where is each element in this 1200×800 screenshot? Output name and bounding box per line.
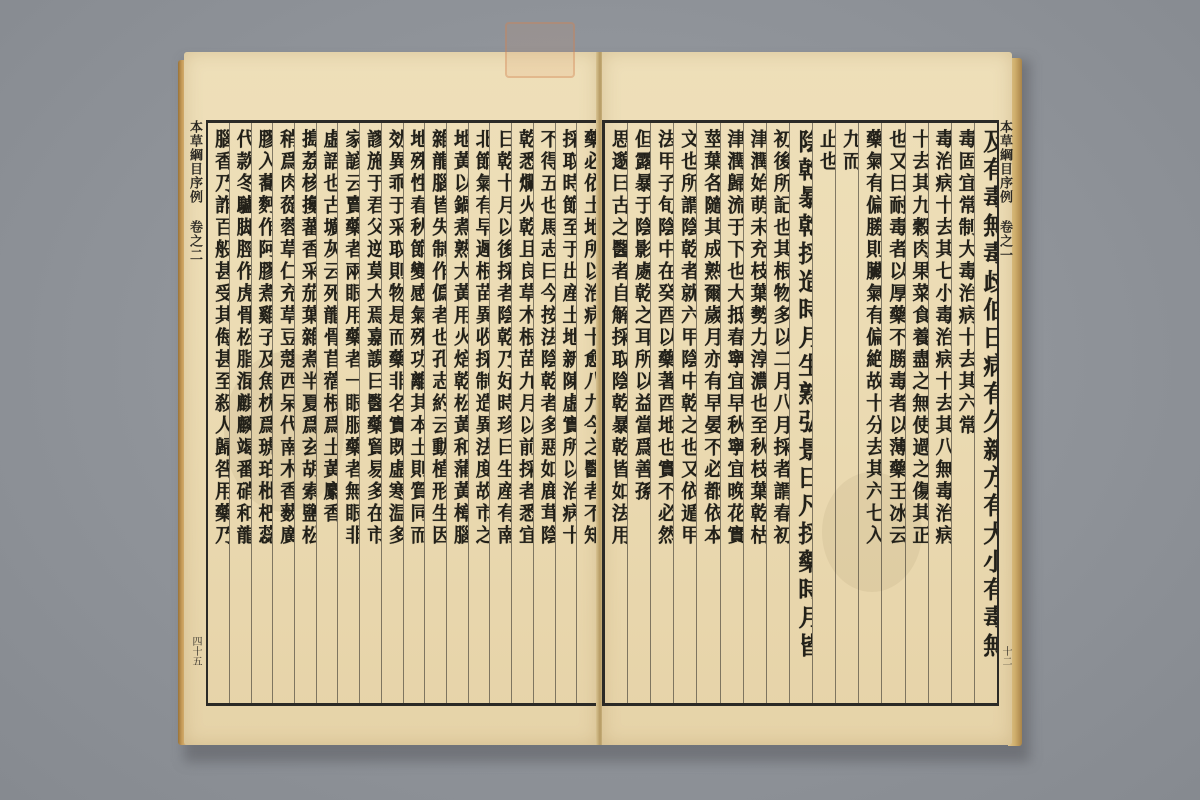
text-column: 家諺云賣藥者兩眼用藥者一眼服藥者無眼非: [337, 123, 359, 703]
left-text-frame: 藥必依土地所以治病十愈八九今之醫者不知 採取時節至于出産土地新陳虛實所以治病十 …: [206, 120, 600, 706]
text-column: 津潤始萌未充枝葉勢力淳濃也至秋枝葉乾枯: [743, 123, 766, 703]
text-column: 謬施于君父逆莫大焉嘉謨曰醫藥貿易多在市: [359, 123, 381, 703]
text-column: 法甲子旬陰中在癸酉以藥著酉地也實不必然: [650, 123, 673, 703]
text-column: 日乾十月以後採者陰乾乃好時珍曰生産有南: [489, 123, 511, 703]
text-column: 津潤歸流于下也大抵春寧宜早秋寧宜晚花實: [720, 123, 743, 703]
text-column: 莖葉各隨其成熟爾歲月亦有早晏不必都依本: [696, 123, 719, 703]
text-column: 十去其九穀肉果菜食養盡之無使過之傷其正: [905, 123, 928, 703]
fold-title: 本草綱目序例 卷之一: [996, 120, 1012, 262]
text-column-heading: 及有毒無毒歧伯曰病有久新方有大小有毒無: [974, 123, 997, 703]
right-text-frame: 及有毒無毒歧伯曰病有久新方有大小有毒無 毒固宜常制大毒治病十去其六常 毒治病十去…: [602, 120, 999, 706]
text-column: 腦香乃詐百般甚受其侮甚至殺人歸咎用藥乃: [208, 123, 229, 703]
text-column: 初後所記也其根物多以二月八月採者謂春初: [766, 123, 789, 703]
text-column: 不得五也馬志曰今按法陰乾者多惡如鹿茸陰: [533, 123, 555, 703]
text-column: 虛語也古壙灰云死龍骨苜蓿根爲土黃麝香: [316, 123, 338, 703]
text-column: 効異乖于采取則物是而藥非名實既虛寒温多: [381, 123, 403, 703]
right-columns: 及有毒無毒歧伯曰病有久新方有大小有毒無 毒固宜常制大毒治病十去其六常 毒治病十去…: [605, 123, 997, 703]
open-book: 藥必依土地所以治病十愈八九今之醫者不知 採取時節至于出産土地新陳虛實所以治病十 …: [178, 52, 1023, 752]
text-column: 毒固宜常制大毒治病十去其六常: [951, 123, 974, 703]
text-column: 藥氣有偏勝則臟氣有偏絶故十分去其六七入: [858, 123, 881, 703]
text-column: 文也所謂陰乾者就六甲陰中乾之也又依遁甲: [673, 123, 696, 703]
faded-seal-stamp: [505, 22, 575, 78]
text-column: 也又曰耐毒者以厚藥不勝毒者以薄藥王冰云: [881, 123, 904, 703]
text-column: 毒治病十去其七小毒治病十去其八無毒治病: [928, 123, 951, 703]
text-column: 乾悉爛火乾且良草木根苗九月以前採者悉宜: [511, 123, 533, 703]
left-columns: 藥必依土地所以治病十愈八九今之醫者不知 採取時節至于出産土地新陳虛實所以治病十 …: [208, 123, 598, 703]
text-column: 地殊性春秋節變感氣殊功離其本土則質同而: [403, 123, 425, 703]
right-fold-margin: 本草綱目序例 卷之一 十二: [996, 120, 1018, 706]
fold-title: 本草綱目序例 卷之二: [186, 120, 202, 262]
right-page: 及有毒無毒歧伯曰病有久新方有大小有毒無 毒固宜常制大毒治病十去其六常 毒治病十去…: [602, 52, 1012, 745]
text-column: 北節氣有早遲根苗異收採制造異法度故市之: [468, 123, 490, 703]
text-column: 止也: [812, 123, 835, 703]
left-fold-margin: 本草綱目序例 卷之二 四十五: [186, 120, 208, 706]
text-column: 地黃以鍋煮熟大黃用火焙乾松黃和蒲黃樟腦: [446, 123, 468, 703]
text-column: 搗荔核攙蕃香采茄葉雜煮半夏爲玄胡索鹽松: [294, 123, 316, 703]
text-column: 藥必依土地所以治病十愈八九今之醫者不知: [576, 123, 598, 703]
text-column: 但露暴于陰影處乾之耳所以益當爲善孫: [627, 123, 650, 703]
left-page: 藥必依土地所以治病十愈八九今之醫者不知 採取時節至于出産土地新陳虛實所以治病十 …: [184, 52, 598, 745]
text-column: 九而: [835, 123, 858, 703]
text-column: 採取時節至于出産土地新陳虛實所以治病十: [555, 123, 577, 703]
text-column: 思邈曰古之醫者自解採取陰乾暴乾皆如法用: [605, 123, 627, 703]
text-column-heading: 陰乾暴乾採造時月生熟弘景曰凡採藥時月皆: [789, 123, 812, 703]
folio-number: 四十五: [188, 636, 203, 666]
text-column: 膠入蕎麪作阿膠煮雞子及魚枕爲琥珀枇杷蕊: [251, 123, 273, 703]
folio-number: 十二: [998, 646, 1013, 666]
text-column: 代款冬驢脚脛作虎骨松脂混麒麟竭番硝和龍: [229, 123, 251, 703]
text-column: 雜龍腦皆失制作僞者也孔志約云動植形生因: [424, 123, 446, 703]
text-column: 稍爲肉蓯蓉草仁充草豆蔻西呆代南木香薮廣: [272, 123, 294, 703]
